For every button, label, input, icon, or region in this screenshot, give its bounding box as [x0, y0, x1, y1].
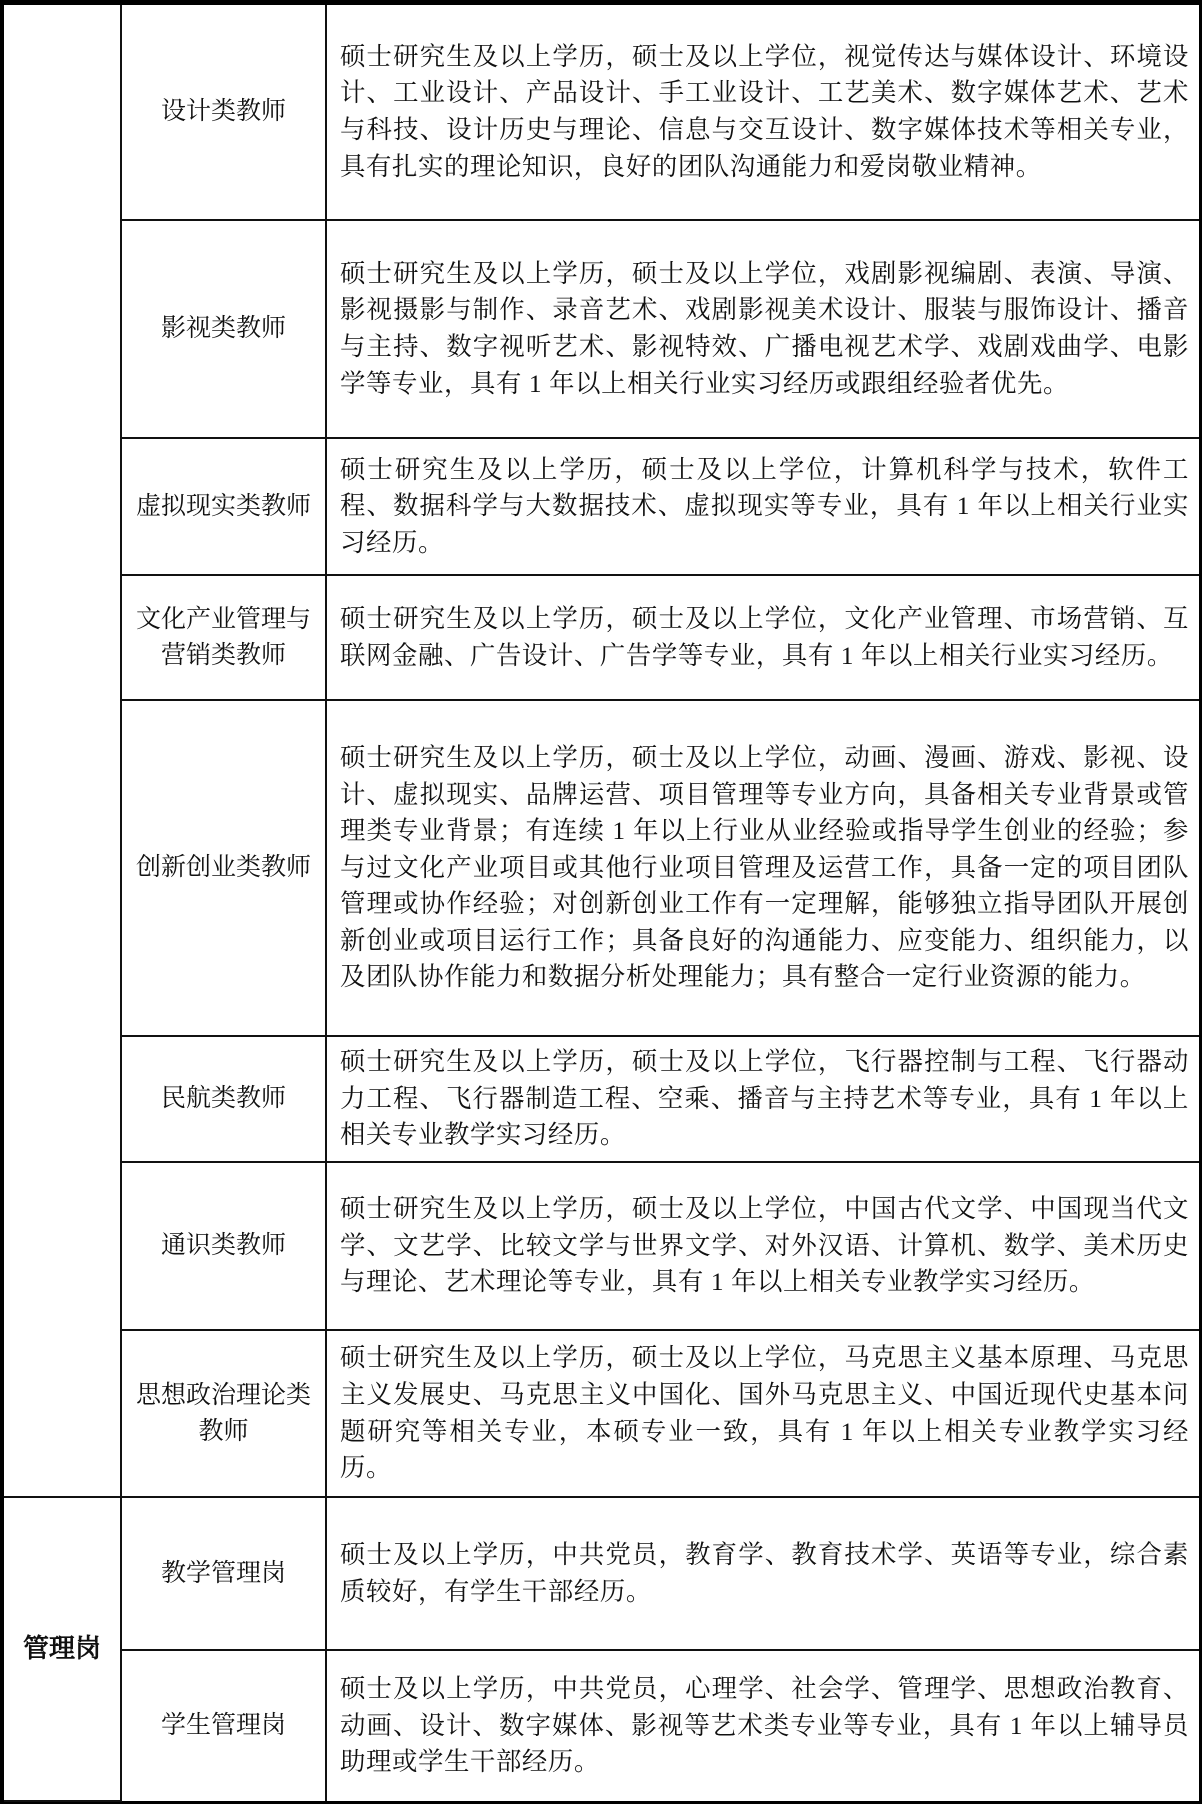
requirements-cell: 硕士研究生及以上学历，硕士及以上学位，飞行器控制与工程、飞行器动力工程、飞行器制…: [326, 1036, 1199, 1162]
requirements-cell: 硕士及以上学历，中共党员，心理学、社会学、管理学、思想政治教育、动画、设计、数字…: [326, 1650, 1199, 1801]
category-cell-teaching: [4, 5, 121, 1497]
requirements-cell: 硕士研究生及以上学历，硕士及以上学位，视觉传达与媒体设计、环境设计、工业设计、产…: [326, 5, 1199, 220]
table-row: 设计类教师 硕士研究生及以上学历，硕士及以上学位，视觉传达与媒体设计、环境设计、…: [4, 5, 1199, 220]
requirements-cell: 硕士研究生及以上学历，硕士及以上学位，戏剧影视编剧、表演、导演、影视摄影与制作、…: [326, 220, 1199, 438]
position-cell: 教学管理岗: [121, 1497, 326, 1650]
requirements-cell: 硕士研究生及以上学历，硕士及以上学位，计算机科学与技术，软件工程、数据科学与大数…: [326, 438, 1199, 575]
position-cell: 虚拟现实类教师: [121, 438, 326, 575]
requirements-cell: 硕士研究生及以上学历，硕士及以上学位，中国古代文学、中国现当代文学、文艺学、比较…: [326, 1162, 1199, 1330]
table-row: 影视类教师 硕士研究生及以上学历，硕士及以上学位，戏剧影视编剧、表演、导演、影视…: [4, 220, 1199, 438]
requirements-cell: 硕士及以上学历，中共党员，教育学、教育技术学、英语等专业，综合素质较好，有学生干…: [326, 1497, 1199, 1650]
position-cell: 创新创业类教师: [121, 700, 326, 1036]
table-row: 学生管理岗 硕士及以上学历，中共党员，心理学、社会学、管理学、思想政治教育、动画…: [4, 1650, 1199, 1801]
position-cell: 民航类教师: [121, 1036, 326, 1162]
requirements-cell: 硕士研究生及以上学历，硕士及以上学位，文化产业管理、市场营销、互联网金融、广告设…: [326, 575, 1199, 700]
table-row: 通识类教师 硕士研究生及以上学历，硕士及以上学位，中国古代文学、中国现当代文学、…: [4, 1162, 1199, 1330]
position-cell: 设计类教师: [121, 5, 326, 220]
position-cell: 通识类教师: [121, 1162, 326, 1330]
table-row: 文化产业管理与营销类教师 硕士研究生及以上学历，硕士及以上学位，文化产业管理、市…: [4, 575, 1199, 700]
position-cell: 影视类教师: [121, 220, 326, 438]
requirements-cell: 硕士研究生及以上学历，硕士及以上学位，动画、漫画、游戏、影视、设计、虚拟现实、品…: [326, 700, 1199, 1036]
document-page: 设计类教师 硕士研究生及以上学历，硕士及以上学位，视觉传达与媒体设计、环境设计、…: [4, 5, 1199, 1801]
table-row: 虚拟现实类教师 硕士研究生及以上学历，硕士及以上学位，计算机科学与技术，软件工程…: [4, 438, 1199, 575]
position-cell: 学生管理岗: [121, 1650, 326, 1801]
table-row: 创新创业类教师 硕士研究生及以上学历，硕士及以上学位，动画、漫画、游戏、影视、设…: [4, 700, 1199, 1036]
table-row: 民航类教师 硕士研究生及以上学历，硕士及以上学位，飞行器控制与工程、飞行器动力工…: [4, 1036, 1199, 1162]
requirements-cell: 硕士研究生及以上学历，硕士及以上学位，马克思主义基本原理、马克思主义发展史、马克…: [326, 1330, 1199, 1497]
table-row: 思想政治理论类教师 硕士研究生及以上学历，硕士及以上学位，马克思主义基本原理、马…: [4, 1330, 1199, 1497]
position-cell: 思想政治理论类教师: [121, 1330, 326, 1497]
job-requirements-table: 设计类教师 硕士研究生及以上学历，硕士及以上学位，视觉传达与媒体设计、环境设计、…: [4, 5, 1199, 1802]
table-row: 管理岗 教学管理岗 硕士及以上学历，中共党员，教育学、教育技术学、英语等专业，综…: [4, 1497, 1199, 1650]
category-cell-management: 管理岗: [4, 1497, 121, 1801]
position-cell: 文化产业管理与营销类教师: [121, 575, 326, 700]
